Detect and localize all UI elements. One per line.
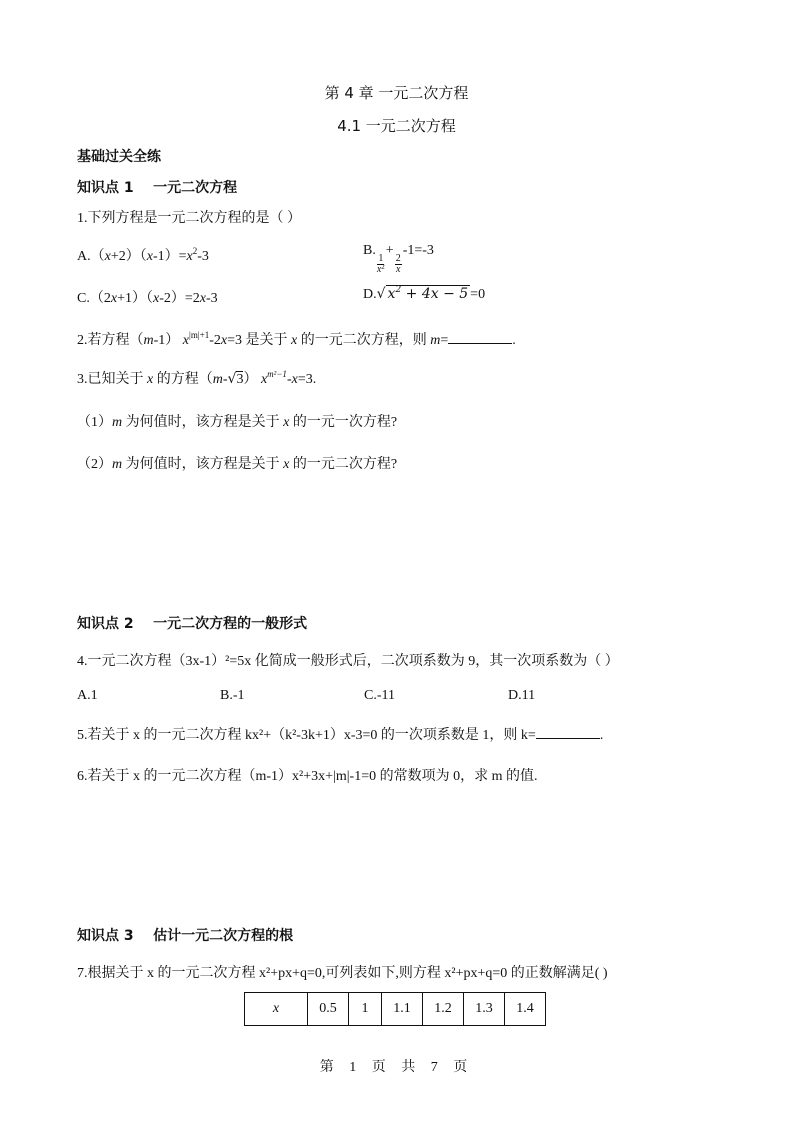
table-cell: 0.5 — [308, 993, 349, 1026]
question-3-part-1: （1）m 为何值时，该方程是关于 x 的一元一次方程? — [77, 411, 397, 431]
table-cell: 1 — [349, 993, 382, 1026]
answer-blank[interactable] — [536, 726, 600, 739]
section-title: 4.1 一元二次方程 — [0, 115, 793, 136]
page-footer: 第 1 页 共 7 页 — [0, 1056, 793, 1076]
q1-option-d[interactable]: D.√x2 + 4x − 5=0 — [363, 285, 485, 303]
q4-option-a[interactable]: A.1 — [77, 688, 98, 704]
knowledge-point-1: 知识点 1 一元二次方程 — [77, 177, 237, 197]
table-cell: 1.1 — [382, 993, 423, 1026]
table-cell: 1.2 — [423, 993, 464, 1026]
question-1-stem: 1.下列方程是一元二次方程的是（ ） — [77, 207, 301, 227]
table-cell: 1.4 — [505, 993, 546, 1026]
q4-option-c[interactable]: C.-11 — [364, 688, 395, 704]
question-4-stem: 4.一元二次方程（3x-1）²=5x 化简成一般形式后，二次项系数为 9，其一次… — [77, 650, 619, 670]
question-7: 7.根据关于 x 的一元二次方程 x²+px+q=0,可列表如下,则方程 x²+… — [77, 962, 608, 982]
q1-option-a[interactable]: A.（x+2）（x-1）=x2-3 — [77, 245, 209, 265]
question-3-part-2: （2）m 为何值时，该方程是关于 x 的一元二次方程? — [77, 453, 397, 473]
table-cell: 1.3 — [464, 993, 505, 1026]
question-3: 3.已知关于 x 的方程（m-√3） xm²−1-x=3. — [77, 368, 316, 388]
question-2: 2.若方程（m-1） x|m|+1-2x=3 是关于 x 的一元二次方程，则 m… — [77, 329, 516, 349]
knowledge-point-2: 知识点 2 一元二次方程的一般形式 — [77, 613, 307, 633]
knowledge-point-3: 知识点 3 估计一元二次方程的根 — [77, 925, 293, 945]
q1-option-c[interactable]: C.（2x+1）（x-2）=2x-3 — [77, 287, 218, 307]
table-row: x 0.5 1 1.1 1.2 1.3 1.4 — [245, 993, 546, 1026]
q4-option-d[interactable]: D.11 — [508, 688, 535, 704]
q1-option-b[interactable]: B.1x2+2x-1=-3 — [363, 243, 434, 275]
part-title: 基础过关全练 — [77, 146, 161, 166]
chapter-title: 第 4 章 一元二次方程 — [0, 82, 793, 103]
answer-blank[interactable] — [448, 331, 512, 344]
question-6: 6.若关于 x 的一元二次方程（m-1）x²+3x+|m|-1=0 的常数项为 … — [77, 765, 537, 785]
table-header-cell: x — [245, 993, 308, 1026]
values-table: x 0.5 1 1.1 1.2 1.3 1.4 — [244, 992, 546, 1026]
question-5: 5.若关于 x 的一元二次方程 kx²+（k²-3k+1）x-3=0 的一次项系… — [77, 724, 603, 744]
q4-option-b[interactable]: B.-1 — [220, 688, 245, 704]
